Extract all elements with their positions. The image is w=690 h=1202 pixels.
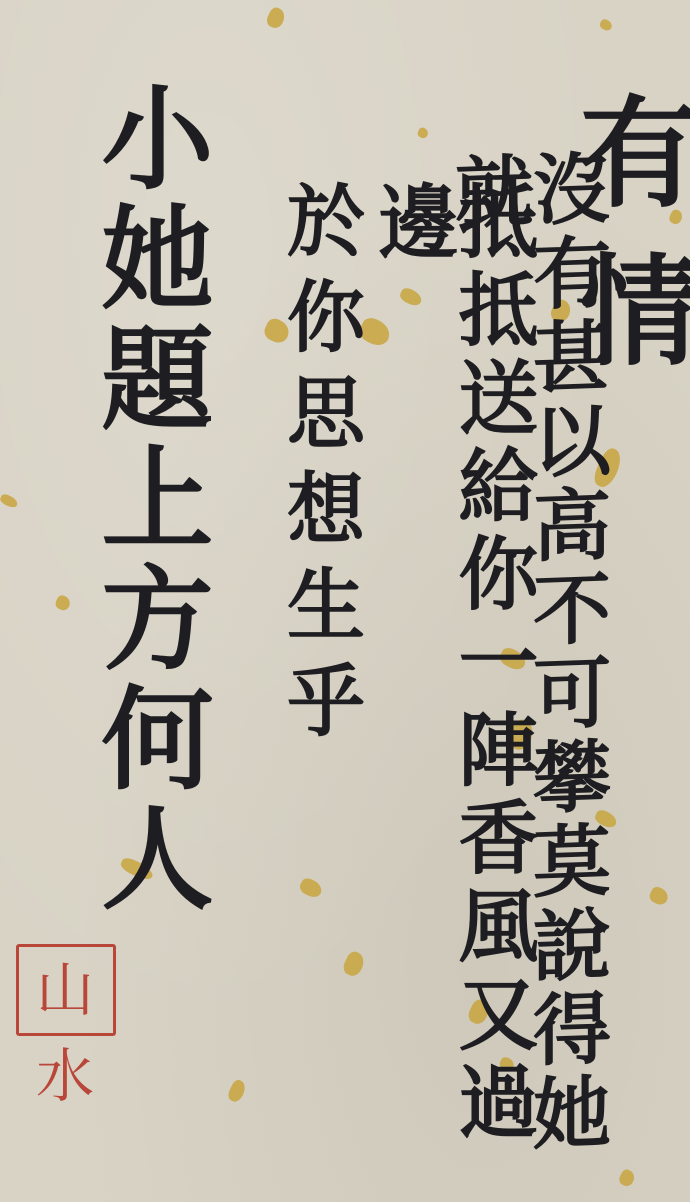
calligraphy-signature: 小她題上方何人 xyxy=(92,80,204,920)
calligraphy-column-2: 抵抵送給你一陣香風又過邊 xyxy=(372,180,532,1202)
calligraphy-column-3: 於你思想生乎 xyxy=(280,180,358,756)
artist-seal: 山水 xyxy=(16,944,116,1036)
